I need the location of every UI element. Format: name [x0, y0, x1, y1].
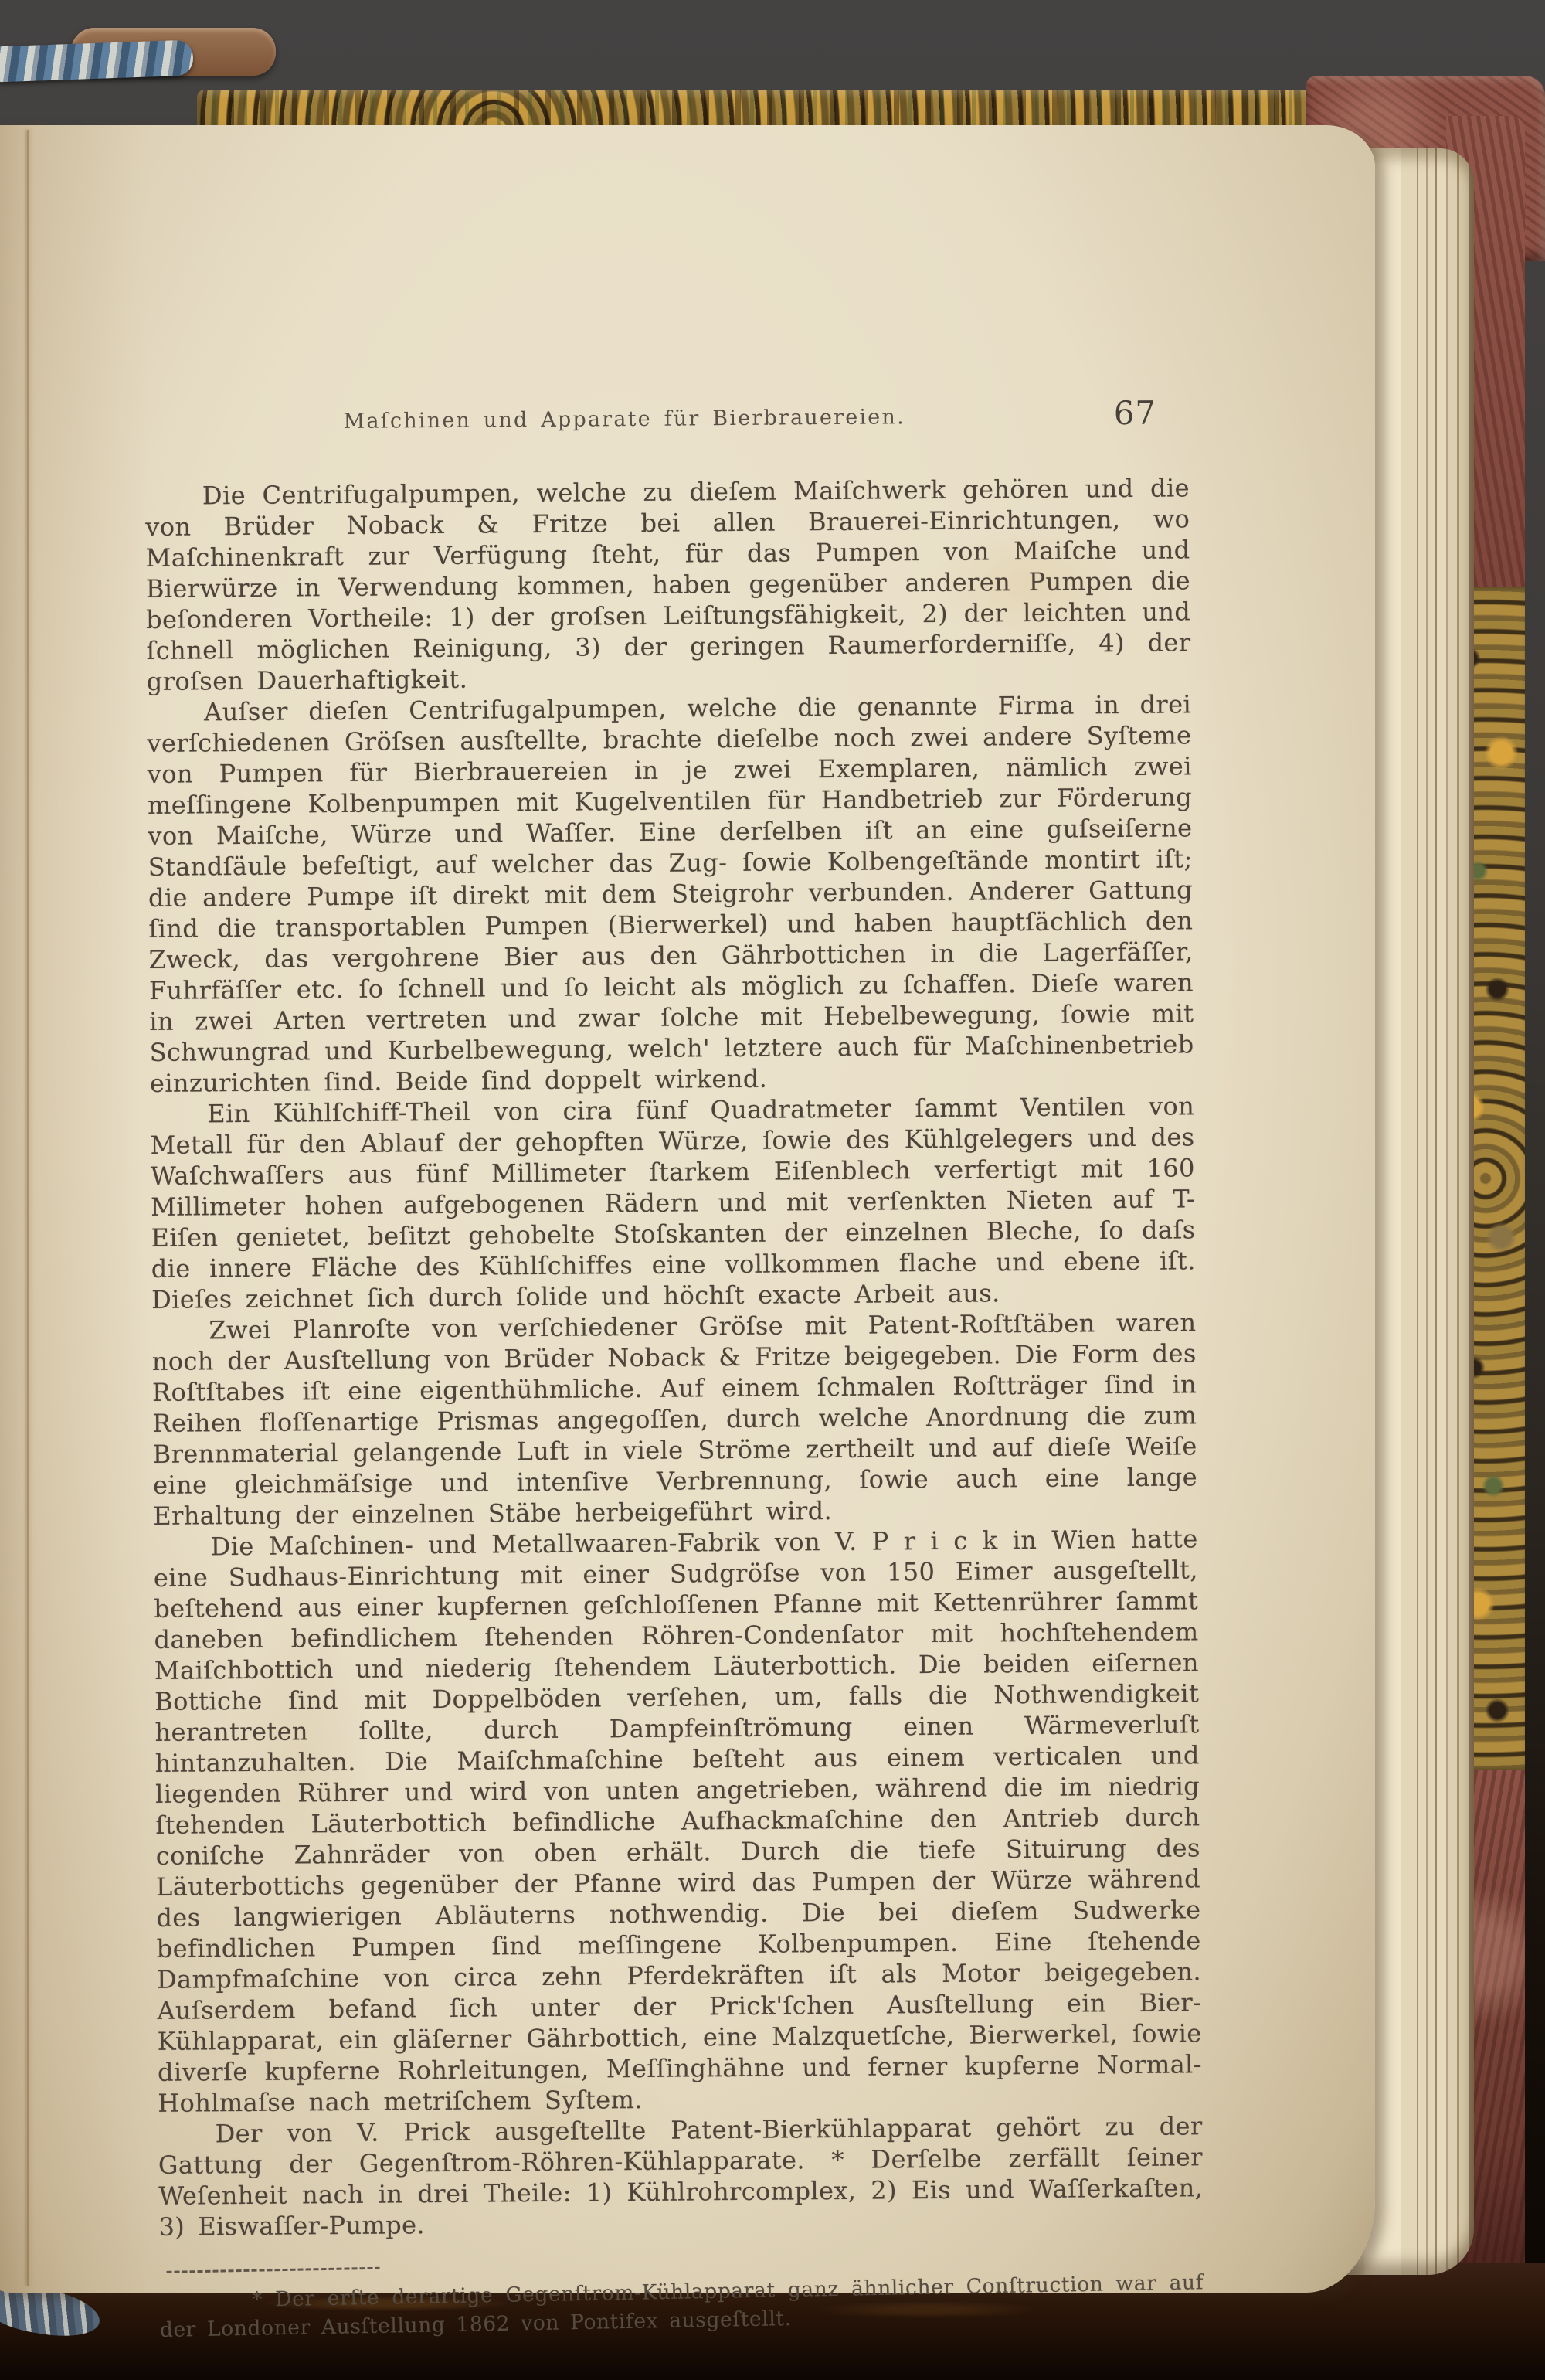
paragraph: Die Centrifugalpumpen, welche zu dieſem … [145, 472, 1191, 697]
footnote-rule [167, 2267, 380, 2273]
running-head: Maſchinen und Apparate für Bierbrauereie… [144, 393, 1189, 445]
paragraph: Die Maſchinen- und Metallwaaren-Fabrik v… [153, 1523, 1202, 2119]
book-scan: Maſchinen und Apparate für Bierbrauereie… [0, 0, 1545, 2380]
paragraph: Auſser dieſen Centrifugalpumpen, welche … [147, 688, 1194, 1099]
paragraph: Ein Kühlſchiff-Theil von cira fünf Quadr… [150, 1090, 1196, 1315]
headband [0, 40, 194, 83]
book-page: Maſchinen und Apparate für Bierbrauereie… [0, 125, 1375, 2293]
paragraph: Der von V. Prick ausgeſtellte Patent-Bie… [158, 2110, 1203, 2242]
body-text: Die Centrifugalpumpen, welche zu dieſem … [145, 472, 1204, 2242]
footnote: * Der erſte derartige Gegenſtrom-Kühlapp… [159, 2252, 1205, 2344]
paragraph: Zwei Planroſte von verſchiedener Gröſse … [151, 1307, 1197, 1532]
running-head-title: Maſchinen und Apparate für Bierbrauereie… [144, 403, 1104, 435]
page-number: 67 [1114, 394, 1157, 432]
text-block: Maſchinen und Apparate für Bierbrauereie… [144, 393, 1204, 2339]
